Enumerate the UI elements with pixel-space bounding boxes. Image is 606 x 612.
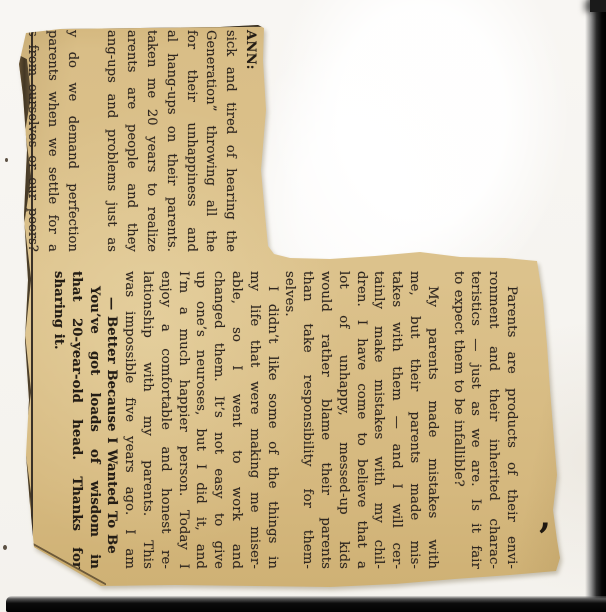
news-line: for their unhappiness and xyxy=(181,30,201,252)
margin-comma-mark: , xyxy=(534,499,556,539)
scanner-bed: ANN:sick and tired of hearing theGenerat… xyxy=(0,0,606,612)
top-border-rule xyxy=(27,25,264,29)
news-line: than take responsibility for them- xyxy=(298,271,316,569)
news-line: was impossible five years ago. I am xyxy=(120,271,138,569)
news-line: sharing it. xyxy=(49,271,67,350)
clipping-shadow-wrap: ANN:sick and tired of hearing theGenerat… xyxy=(0,0,606,612)
news-line: My parents made mistakes with xyxy=(423,271,441,569)
dust-speck xyxy=(3,545,7,550)
news-line: lationship with my parents. This xyxy=(138,271,156,569)
news-line: ang-ups and problems just as xyxy=(102,30,122,252)
news-line: enjoy a comfortable and honest re- xyxy=(156,271,174,569)
news-line: my life that were making me miser- xyxy=(245,271,263,569)
news-line: ANN: xyxy=(240,30,260,70)
news-line: changed them. It’s not easy to give xyxy=(209,271,227,569)
scanner-edge-bottom xyxy=(6,596,606,612)
news-line: to expect them to be infallible? xyxy=(449,271,467,487)
fold-mark: s xyxy=(27,551,38,563)
news-line: s from ourselves or our peers? xyxy=(22,30,42,252)
news-line: You’ve got loads of wisdom in xyxy=(85,271,103,569)
news-line: I didn’t like some of the things in xyxy=(263,271,281,569)
news-line: dren. I have come to believe that a xyxy=(352,271,370,569)
news-line: able, so I went to work and xyxy=(227,271,245,569)
news-line: tainly make mistakes with my chil- xyxy=(370,271,388,569)
dust-speck xyxy=(5,158,8,162)
news-line: — Better Because I Wanted To Be xyxy=(103,271,121,554)
news-line: al hang-ups on their parents. xyxy=(161,30,181,252)
news-line: lot of unhappy, messed-up kids xyxy=(334,271,352,569)
news-line: would rather blame their parents xyxy=(316,271,334,569)
news-line: y do we demand perfection xyxy=(62,30,82,252)
news-line: takes with them — and I will cer- xyxy=(387,271,405,569)
news-line: ronment and their inherited charac- xyxy=(484,271,502,569)
news-line: me, but their parents made mis- xyxy=(405,271,423,569)
news-line: up one’s neuroses, but I did it, and xyxy=(192,271,210,569)
news-line: Generation” throwing all the xyxy=(201,30,221,252)
scanner-edge-top-right xyxy=(590,0,606,12)
news-line: I’m a much happier person. Today I xyxy=(174,271,192,569)
newspaper-clipping: ANN:sick and tired of hearing theGenerat… xyxy=(0,0,606,612)
news-line: selves. xyxy=(281,271,299,317)
news-line: arents are people and they xyxy=(121,30,141,252)
news-line: sick and tired of hearing the xyxy=(220,30,240,252)
fold-mark: o xyxy=(57,567,69,580)
news-line: teristics — just as we are. Is it fair xyxy=(467,271,485,569)
fold-mark: in xyxy=(40,557,55,572)
news-line: taken me 20 years to realize xyxy=(141,30,161,252)
news-line: that 20-year-old head. Thanks for xyxy=(67,271,85,569)
scanner-edge-right xyxy=(585,0,606,612)
news-line: Parents are products of their envi- xyxy=(502,271,520,569)
news-line: parents when we settle for a xyxy=(42,30,62,252)
